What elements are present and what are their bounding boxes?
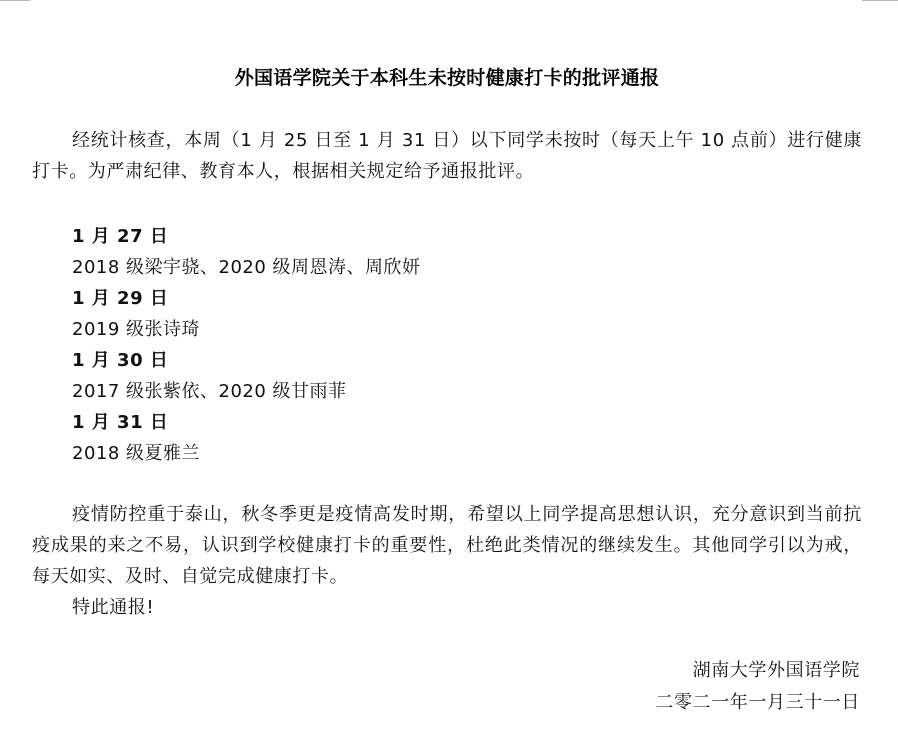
student-names: 2018 级夏雅兰 [72,438,852,469]
page-corner-mark-left [0,0,30,1]
signature-organization: 湖南大学外国语学院 [693,656,860,686]
intro-paragraph: 经统计核查，本周（1 月 25 日至 1 月 31 日）以下同学未按时（每天上午… [32,125,862,187]
signature-date: 二零二一年一月三十一日 [655,688,860,718]
student-names: 2019 级张诗琦 [72,314,852,345]
page-corner-mark-right [862,0,898,1]
student-names: 2018 级梁宇骁、2020 级周恩涛、周欣妍 [72,252,852,283]
date-heading: 1 月 30 日 [72,345,852,376]
notice-end: 特此通报! [32,592,862,623]
date-heading: 1 月 29 日 [72,283,852,314]
date-heading: 1 月 31 日 [72,407,852,438]
violation-list: 1 月 27 日 2018 级梁宇骁、2020 级周恩涛、周欣妍 1 月 29 … [72,221,852,469]
document-title: 外国语学院关于本科生未按时健康打卡的批评通报 [32,64,862,92]
closing-paragraph: 疫情防控重于泰山，秋冬季更是疫情高发时期，希望以上同学提高思想认识，充分意识到当… [32,499,862,592]
student-names: 2017 级张紫依、2020 级甘雨菲 [72,376,852,407]
date-heading: 1 月 27 日 [72,221,852,252]
